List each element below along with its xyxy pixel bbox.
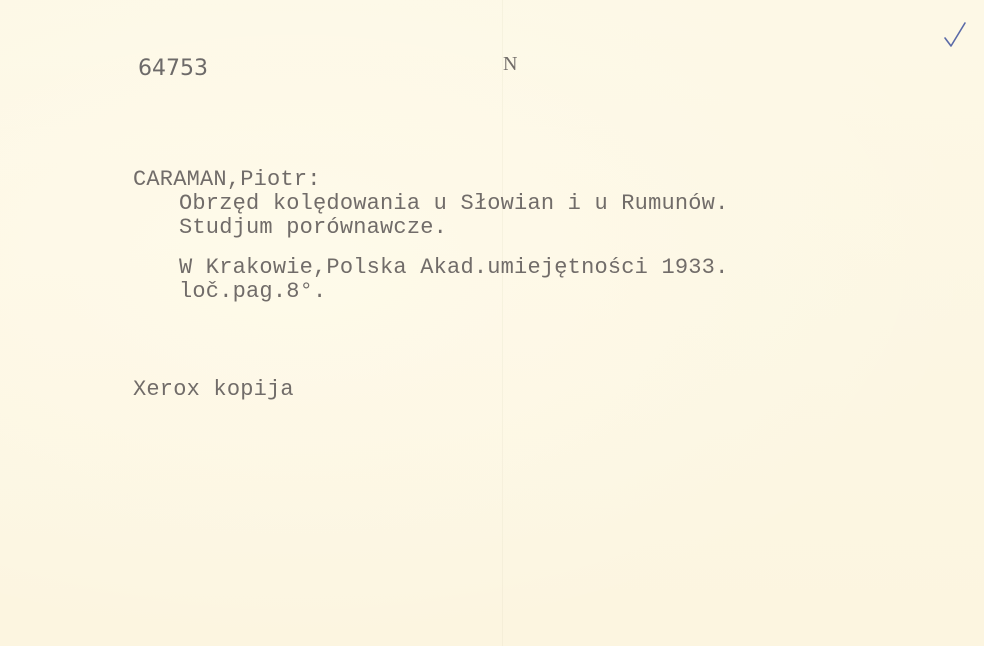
catalog-card: 64753 N CARAMAN,Piotr: Obrzęd kolędowani… [0,0,984,646]
paper-crease [502,0,503,646]
accession-number: 64753 [138,57,208,81]
imprint-line-2: loč.pag.8°. [179,280,326,304]
imprint-line-1: W Krakowie,Polska Akad.umiejętności 1933… [179,256,729,280]
title-line-2: Studjum porównawcze. [179,216,447,240]
copy-note: Xerox kopija [133,378,294,402]
title-line-1: Obrzęd kolędowania u Słowian i u Rumunów… [179,192,729,216]
shelf-mark: N [503,52,518,76]
check-icon [942,20,968,50]
author-heading: CARAMAN,Piotr: [133,168,321,192]
